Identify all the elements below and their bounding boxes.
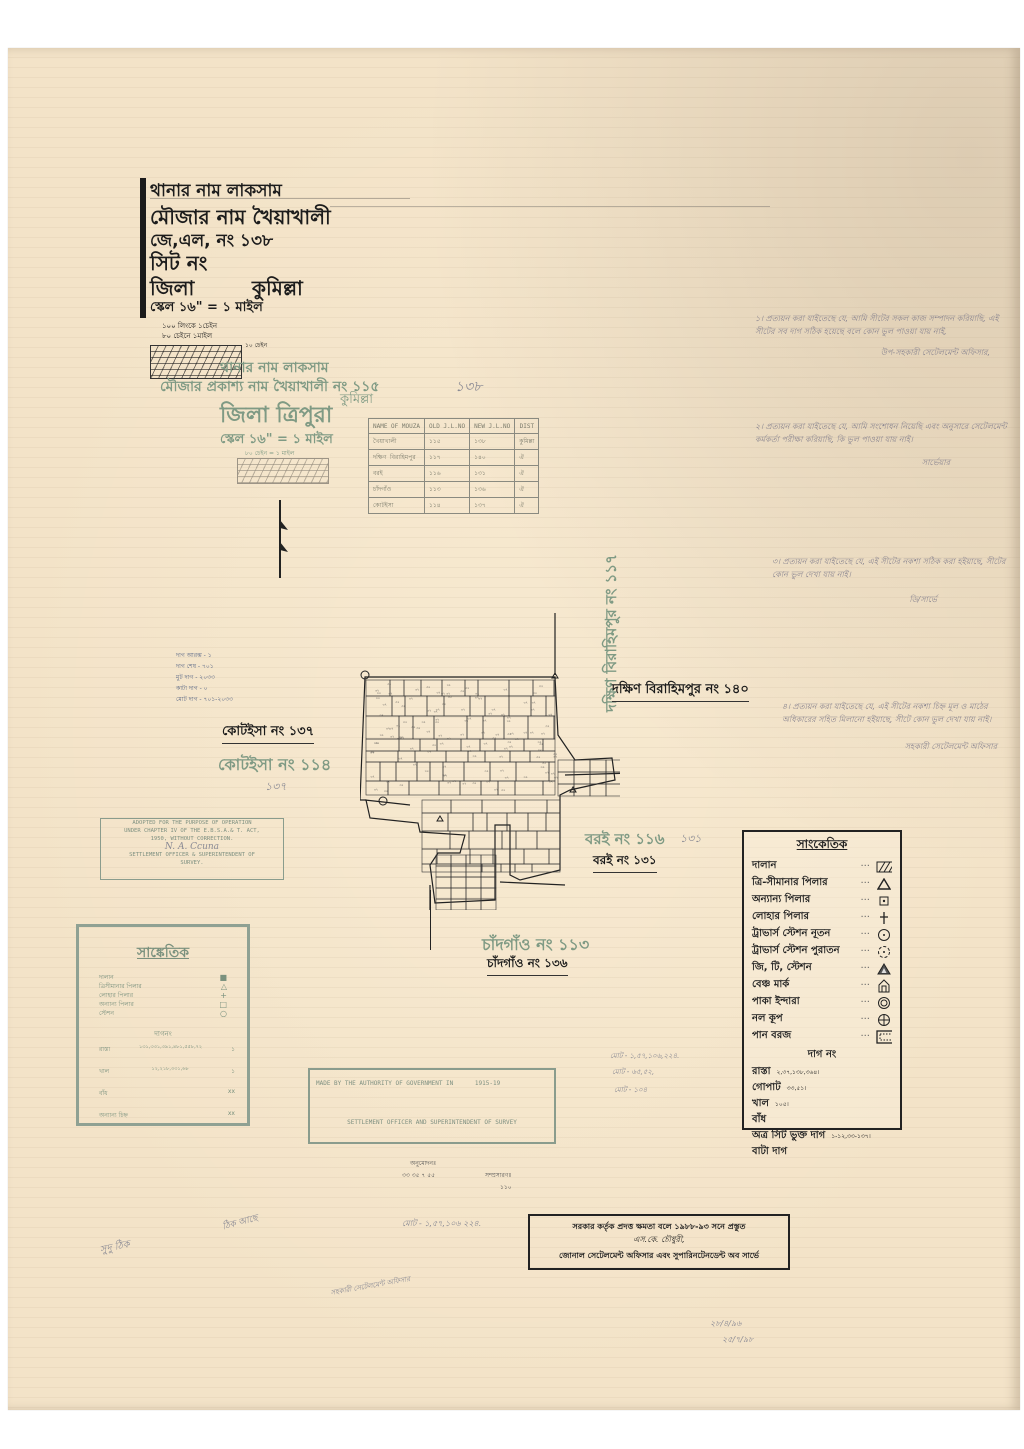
legend-item: ট্রাভার্স স্টেশন নূতন··· bbox=[744, 926, 900, 943]
legend-item-label: ট্রাভার্স স্টেশন পুরাতন bbox=[752, 943, 840, 960]
pencil-side-1: মোট - ১,৫৭,১০৬,২২৪. bbox=[610, 1050, 679, 1062]
boundary-west-old: কোটইসা নং ১১৪ bbox=[218, 752, 331, 779]
faint-header-table bbox=[330, 206, 770, 237]
svg-text:৩২: ৩২ bbox=[399, 783, 403, 787]
svg-text:৩২: ৩২ bbox=[438, 733, 442, 737]
old-legend-item: লোহার পিলার+ bbox=[99, 991, 227, 1000]
scale-sub-2: ৮০ চেইনে ১মাইল bbox=[162, 330, 212, 342]
certification-box: সরকার কর্তৃক প্রদত্ত ক্ষমতা বলে ১৯৮৮-৯৩ … bbox=[528, 1214, 790, 1270]
legend-item: পান বরজ··· bbox=[744, 1028, 900, 1045]
svg-text:৩২: ৩২ bbox=[415, 688, 419, 692]
svg-text:৩২: ৩২ bbox=[409, 697, 413, 701]
scale-bar-label: ১০ চেইন bbox=[245, 340, 267, 351]
triangle-icon bbox=[876, 878, 892, 890]
svg-text:৩২: ৩২ bbox=[399, 756, 403, 760]
svg-text:৩২: ৩২ bbox=[452, 779, 456, 783]
svg-text:৩২: ৩২ bbox=[441, 692, 445, 696]
svg-text:৩২: ৩২ bbox=[468, 749, 472, 753]
legend-item: লোহার পিলার··· bbox=[744, 909, 900, 926]
svg-text:৩২: ৩২ bbox=[523, 730, 527, 734]
old-mouza-correction: ১৩৮ bbox=[455, 375, 482, 399]
svg-text:৩২: ৩২ bbox=[460, 689, 464, 693]
svg-text:৩২: ৩২ bbox=[376, 696, 380, 700]
svg-text:৩২: ৩২ bbox=[416, 726, 420, 730]
legend-item-label: দালান bbox=[752, 858, 776, 875]
legend-item-label: জি, টি, স্টেশন bbox=[752, 960, 812, 977]
svg-text:৩২: ৩২ bbox=[387, 682, 391, 686]
svg-text:৩২: ৩২ bbox=[485, 769, 489, 773]
old-scale-bar-grid bbox=[237, 458, 329, 484]
svg-text:৩২: ৩২ bbox=[492, 708, 496, 712]
svg-text:৩২: ৩২ bbox=[442, 702, 446, 706]
old-legend-row: রাস্তা১৩১,৩৩১,৩৯১,৪৮১,৫৫৮,৭২১ bbox=[99, 1044, 235, 1066]
legend-plot-row: গোপাট৩৩,৫১। bbox=[744, 1080, 900, 1096]
old-legend-box: সাঙ্কেতিক দালান■ত্রিসীমানার পিলার△লোহার … bbox=[76, 924, 250, 1126]
legend-item: ট্রাভার্স স্টেশন পুরাতন··· bbox=[744, 943, 900, 960]
extension-label: সম্প্রসারণঃ bbox=[485, 1170, 512, 1181]
note-1-signature: উপ-সহকারী সেটেলমেন্ট অফিসার, bbox=[755, 346, 1010, 359]
legend-item: দালান··· bbox=[744, 858, 900, 875]
svg-text:৩২: ৩২ bbox=[501, 788, 505, 792]
old-district-correction: কুমিল্লা bbox=[340, 390, 373, 411]
square-dot-icon bbox=[876, 895, 892, 907]
old-legend-item: ত্রিসীমানার পিলার△ bbox=[99, 982, 227, 991]
thana-name: থানার নাম লাকসাম bbox=[150, 178, 282, 206]
svg-text:৩২: ৩২ bbox=[481, 730, 485, 734]
svg-text:৩২: ৩২ bbox=[505, 776, 509, 780]
legend-item-label: অন্যান্য পিলার bbox=[752, 892, 810, 909]
svg-text:৩২: ৩২ bbox=[509, 745, 513, 749]
svg-text:৩২: ৩২ bbox=[507, 716, 511, 720]
plots-title: দাগ নং bbox=[744, 1047, 900, 1064]
certification-signature: এস.কে. চৌধুরী, bbox=[530, 1234, 788, 1247]
svg-text:৩২: ৩২ bbox=[541, 765, 545, 769]
old-legend-row: অন্যান্য চিহ্নxx bbox=[99, 1110, 235, 1132]
legend-plot-row: বাটা দাগ bbox=[744, 1144, 900, 1160]
svg-text:৩২: ৩২ bbox=[486, 780, 490, 784]
svg-text:৩২: ৩২ bbox=[390, 735, 394, 739]
svg-text:৩২: ৩২ bbox=[426, 730, 430, 734]
pencil-total: মোট - ১,৫৭,১০৬ ২২৪. bbox=[402, 1218, 481, 1231]
dashed-circle-icon bbox=[876, 946, 892, 958]
pencil-side-3: মোট - ১০৪ bbox=[614, 1084, 647, 1096]
svg-text:৩২: ৩২ bbox=[447, 737, 451, 741]
svg-text:৩২: ৩২ bbox=[472, 781, 476, 785]
svg-text:৩২: ৩২ bbox=[532, 700, 536, 704]
authority-stamp: MADE BY THE AUTHORITY OF GOVERNMENT IN 1… bbox=[308, 1068, 556, 1144]
legend-item-label: লোহার পিলার bbox=[752, 909, 809, 926]
svg-text:৩২: ৩২ bbox=[422, 720, 426, 724]
header-margin-bar bbox=[140, 178, 146, 318]
boundary-west-correction: ১৩৭ bbox=[265, 778, 286, 797]
svg-text:৩২: ৩২ bbox=[531, 707, 535, 711]
svg-text:৩২: ৩২ bbox=[410, 747, 414, 751]
double-circle-icon bbox=[876, 997, 892, 1009]
hatched-rect-icon bbox=[876, 861, 892, 873]
svg-text:৩২: ৩২ bbox=[371, 750, 375, 754]
legend-item-label: ট্রাভার্স স্টেশন নূতন bbox=[752, 926, 830, 943]
svg-text:৩২: ৩২ bbox=[380, 733, 384, 737]
svg-text:৩২: ৩২ bbox=[460, 732, 464, 736]
svg-text:৩২: ৩২ bbox=[426, 685, 430, 689]
table-row: কোটইসা১১৪১৩৭ঐ bbox=[369, 498, 539, 514]
legend-plot-row: বাঁধ bbox=[744, 1112, 900, 1128]
pencil-date-2: ২৫/৭/৯৮ bbox=[722, 1334, 753, 1347]
svg-text:৩২: ৩২ bbox=[403, 720, 407, 724]
svg-text:৩২: ৩২ bbox=[432, 743, 436, 747]
note-3: ৩। প্রত্যয়ন করা যাইতেছে যে, এই সীটের নক… bbox=[772, 555, 1007, 606]
approval-title: অনুমোদনঃ bbox=[410, 1158, 436, 1169]
svg-text:৩২: ৩২ bbox=[539, 742, 543, 746]
svg-text:৩২: ৩২ bbox=[399, 735, 403, 739]
svg-text:৩২: ৩২ bbox=[507, 732, 511, 736]
svg-text:৩২: ৩২ bbox=[553, 754, 557, 758]
svg-text:৩২: ৩২ bbox=[425, 769, 429, 773]
svg-text:৩২: ৩২ bbox=[536, 755, 540, 759]
svg-text:৩২: ৩২ bbox=[475, 696, 479, 700]
svg-text:৩২: ৩২ bbox=[446, 691, 450, 695]
svg-text:৩২: ৩২ bbox=[447, 683, 451, 687]
note-4-signature: সহকারী সেটেলমেন্ট অফিসার bbox=[782, 740, 1007, 753]
legend-item-label: পান বরজ bbox=[752, 1028, 791, 1045]
svg-text:৩২: ৩২ bbox=[554, 775, 558, 779]
svg-text:৩২: ৩২ bbox=[371, 775, 375, 779]
svg-text:৩২: ৩২ bbox=[375, 741, 379, 745]
svg-text:৩২: ৩২ bbox=[473, 754, 477, 758]
scale-text: স্কেল ১৬" = ১ মাইল bbox=[150, 298, 263, 319]
svg-text:৩২: ৩২ bbox=[524, 701, 528, 705]
svg-text:৩২: ৩২ bbox=[396, 724, 400, 728]
svg-text:৩২: ৩২ bbox=[442, 765, 446, 769]
note-2: ২। প্রত্যয়ন করা যাইতেছে যে, আমি সংশোধন … bbox=[755, 420, 1010, 469]
svg-text:৩২: ৩২ bbox=[539, 684, 543, 688]
plot-range-notes: দাগ আরম্ভ - ১ দাগ শেষ - ৭০১ মুট দাগ - ২০… bbox=[176, 650, 233, 705]
legend-box: সাংকেতিক দালান···ত্রি-সীমানার পিলার···অন… bbox=[742, 830, 902, 1130]
cadastral-map: ৩২৩২৩২৩২৩২৩২৩২৩২৩২৩২৩২৩২৩২৩২৩২৩২৩২৩২৩২৩২… bbox=[360, 610, 620, 910]
svg-text:৩২: ৩২ bbox=[483, 719, 487, 723]
col-new-jl: NEW J.L.NO bbox=[470, 419, 515, 434]
svg-text:৩২: ৩২ bbox=[389, 727, 393, 731]
note-2-signature: সার্ভেয়ার bbox=[755, 456, 1010, 469]
legend-plot-row: খাল১০৫। bbox=[744, 1096, 900, 1112]
table-row: দক্ষিণ বিরাহিমপুর১১৭১৪০ঐ bbox=[369, 450, 539, 466]
svg-text:৩২: ৩২ bbox=[478, 697, 482, 701]
boundary-west-new: কোটইসা নং ১৩৭ bbox=[222, 722, 314, 744]
svg-text:৩২: ৩২ bbox=[386, 780, 390, 784]
svg-text:৩২: ৩২ bbox=[507, 740, 511, 744]
svg-text:৩২: ৩২ bbox=[427, 750, 431, 754]
svg-text:৩২: ৩২ bbox=[411, 725, 415, 729]
svg-text:৩২: ৩২ bbox=[435, 720, 439, 724]
note-1: ১। প্রত্যয়ন করা যাইতেছে যে, আমি সীটের স… bbox=[755, 312, 1010, 359]
legend-plot-row: অত্র সিট ভুক্ত দাগ১-১২,৩৩-১৩৭। bbox=[744, 1128, 900, 1144]
legend-plot-row: রাস্তা২,৩৭,১৩৮,৩৬৪। bbox=[744, 1064, 900, 1080]
old-legend-subtitle: দাগনং bbox=[79, 1028, 247, 1040]
boundary-north-east: দক্ষিণ বিরাহিমপুর নং ১৪০ bbox=[612, 680, 749, 702]
boundary-se-correction: ১৩১ bbox=[680, 830, 701, 849]
cross-mark-icon bbox=[876, 912, 892, 924]
table-row: বরই১১৬১৩১ঐ bbox=[369, 466, 539, 482]
svg-text:৩২: ৩২ bbox=[524, 775, 528, 779]
svg-text:৩২: ৩২ bbox=[533, 691, 537, 695]
table-row: খৈয়াখালী১১৫১৩৮কুমিল্লা bbox=[369, 434, 539, 450]
svg-text:৩২: ৩২ bbox=[442, 773, 446, 777]
svg-text:৩২: ৩২ bbox=[375, 689, 379, 693]
bench-mark-icon bbox=[876, 980, 892, 992]
circle-cross-icon bbox=[876, 1014, 892, 1026]
legend-item: নল কূপ··· bbox=[744, 1011, 900, 1028]
svg-text:৩২: ৩২ bbox=[427, 709, 431, 713]
svg-text:৩২: ৩২ bbox=[504, 747, 508, 751]
svg-text:৩২: ৩২ bbox=[541, 731, 545, 735]
adoption-signature: N. A. Ccuna bbox=[101, 843, 283, 851]
legend-item: জি, টি, স্টেশন··· bbox=[744, 960, 900, 977]
legend-item-label: নল কূপ bbox=[752, 1011, 783, 1028]
svg-text:৩২: ৩২ bbox=[447, 780, 451, 784]
legend-item: অন্যান্য পিলার··· bbox=[744, 892, 900, 909]
svg-text:৩২: ৩২ bbox=[504, 688, 508, 692]
col-old-jl: OLD J.L.NO bbox=[424, 419, 469, 434]
svg-text:৩২: ৩২ bbox=[440, 741, 444, 745]
svg-text:৩২: ৩২ bbox=[500, 769, 504, 773]
extension-value: ১১০ bbox=[500, 1182, 512, 1193]
svg-text:৩২: ৩২ bbox=[461, 707, 465, 711]
svg-text:৩২: ৩২ bbox=[545, 724, 549, 728]
legend-title: সাংকেতিক bbox=[744, 836, 900, 856]
legend-item: পাকা ইন্দারা··· bbox=[744, 994, 900, 1011]
svg-text:৩২: ৩২ bbox=[499, 755, 503, 759]
svg-text:৩২: ৩২ bbox=[401, 704, 405, 708]
svg-text:৩২: ৩২ bbox=[388, 692, 392, 696]
old-legend-item: অন্যান্য পিলার□ bbox=[99, 1000, 227, 1009]
svg-text:৩২: ৩২ bbox=[530, 731, 534, 735]
svg-text:৩২: ৩২ bbox=[538, 748, 542, 752]
legend-item: ত্রি-সীমানার পিলার··· bbox=[744, 875, 900, 892]
svg-text:৩২: ৩২ bbox=[467, 745, 471, 749]
svg-text:৩২: ৩২ bbox=[501, 712, 505, 716]
svg-text:৩২: ৩২ bbox=[488, 711, 492, 715]
svg-text:৩২: ৩২ bbox=[383, 702, 387, 706]
svg-text:৩২: ৩২ bbox=[436, 690, 440, 694]
old-legend-row: বাঁধxx bbox=[99, 1088, 235, 1110]
pencil-side-2: মোট - ৬৫,৫২, bbox=[612, 1066, 654, 1078]
table-row: চাঁদগাঁও১১৩১৩৬ঐ bbox=[369, 482, 539, 498]
pattern-rect-icon bbox=[876, 1031, 892, 1043]
svg-text:৩২: ৩২ bbox=[434, 709, 438, 713]
svg-text:৩২: ৩২ bbox=[464, 718, 468, 722]
old-legend-item: দালান■ bbox=[99, 973, 227, 982]
svg-text:৩২: ৩২ bbox=[465, 686, 469, 690]
svg-text:৩২: ৩২ bbox=[448, 695, 452, 699]
legend-item-label: পাকা ইন্দারা bbox=[752, 994, 800, 1011]
svg-text:৩২: ৩২ bbox=[374, 788, 378, 792]
svg-text:৩২: ৩২ bbox=[384, 789, 388, 793]
col-dist: DIST bbox=[515, 419, 539, 434]
svg-text:৩২: ৩২ bbox=[549, 779, 553, 783]
svg-text:৩২: ৩২ bbox=[492, 736, 496, 740]
svg-text:৩২: ৩২ bbox=[395, 700, 399, 704]
svg-text:৩২: ৩২ bbox=[515, 737, 519, 741]
north-arrow-icon bbox=[272, 500, 292, 580]
old-legend-title: সাঙ্কেতিক bbox=[79, 941, 247, 965]
svg-text:৩২: ৩২ bbox=[548, 712, 552, 716]
boundary-line bbox=[430, 890, 431, 950]
svg-text:৩২: ৩২ bbox=[413, 763, 417, 767]
note-4: ৪। প্রত্যয়ন করা যাইতেছে যে, এই সীটের নক… bbox=[782, 700, 1007, 753]
authority-years: 1915-19 bbox=[475, 1080, 500, 1087]
adoption-stamp: ADOPTED FOR THE PURPOSE OF OPERATION UND… bbox=[100, 818, 284, 880]
svg-text:৩২: ৩২ bbox=[380, 713, 384, 717]
col-name: NAME OF MOUZA bbox=[369, 419, 425, 434]
circle-dot-icon bbox=[876, 929, 892, 941]
legend-item-label: বেঞ্চ মার্ক bbox=[752, 977, 789, 994]
boundary-south-new: চাঁদগাঁও নং ১৩৬ bbox=[487, 955, 568, 976]
approval-values: ৩৩ ৩৫ ৭ ৫৫ bbox=[402, 1170, 435, 1181]
legend-item-label: ত্রি-সীমানার পিলার bbox=[752, 875, 828, 892]
filled-triangle-icon bbox=[876, 963, 892, 975]
note-3-signature: ডি/সার্ভে bbox=[772, 593, 1007, 606]
svg-text:৩২: ৩২ bbox=[462, 782, 466, 786]
legend-item: বেঞ্চ মার্ক··· bbox=[744, 977, 900, 994]
pencil-date-1: ২৮/৪/৯৬ bbox=[710, 1318, 741, 1331]
old-legend-item: স্টেশন○ bbox=[99, 1009, 227, 1018]
svg-text:৩২: ৩২ bbox=[545, 770, 549, 774]
svg-text:৩২: ৩২ bbox=[484, 741, 488, 745]
old-legend-row: খাল১২,২১৮,৩৩১,৬৮১ bbox=[99, 1066, 235, 1088]
mouza-table: NAME OF MOUZA OLD J.L.NO NEW J.L.NO DIST… bbox=[368, 418, 539, 514]
svg-text:৩২: ৩২ bbox=[507, 719, 511, 723]
svg-text:৩২: ৩২ bbox=[494, 788, 498, 792]
